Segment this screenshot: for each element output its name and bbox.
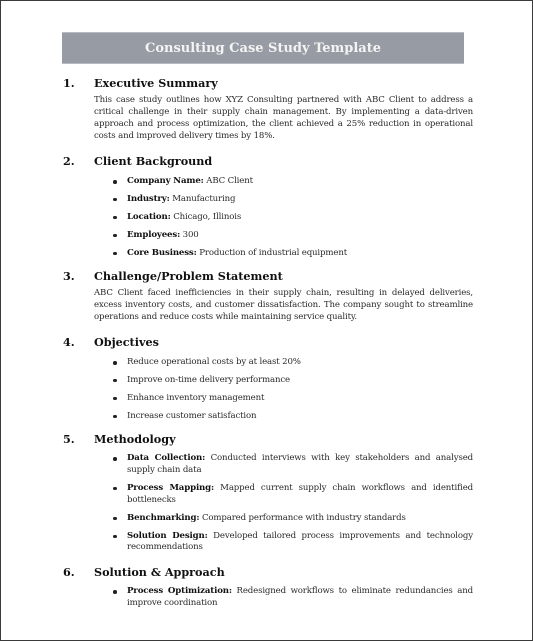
section-title: Client Background — [94, 154, 212, 168]
bullet-list: Company Name: ABC Client Industry: Manuf… — [63, 176, 473, 260]
section-number: 5. — [63, 432, 94, 446]
section-number: 6. — [63, 565, 94, 579]
item-text: Improve on-time delivery performance — [127, 375, 290, 385]
list-item: Process Mapping: Mapped current supply c… — [127, 483, 473, 507]
item-text: 300 — [180, 230, 199, 240]
section-title: Objectives — [94, 335, 159, 349]
list-item: Improve on-time delivery performance — [127, 375, 473, 387]
section-paragraph: ABC Client faced inefficiencies in their… — [94, 288, 473, 324]
bullet-icon — [113, 397, 117, 401]
bullet-icon — [113, 361, 117, 365]
bullet-icon — [113, 487, 117, 491]
section-number: 1. — [63, 76, 94, 90]
list-item: Reduce operational costs by at least 20% — [127, 357, 473, 369]
list-item: Industry: Manufacturing — [127, 194, 473, 206]
item-text: Enhance inventory management — [127, 393, 264, 403]
bullet-list: Process Optimization: Redesigned workflo… — [63, 586, 473, 610]
bullet-icon — [113, 535, 117, 539]
list-item: Increase customer satisfaction — [127, 411, 473, 423]
item-label: Process Optimization: — [127, 586, 232, 596]
section-executive-summary: 1. Executive Summary This case study out… — [63, 76, 473, 143]
item-label: Solution Design: — [127, 531, 208, 541]
section-number: 4. — [63, 335, 94, 349]
section-client-background: 2. Client Background Company Name: ABC C… — [63, 154, 473, 266]
list-item: Core Business: Production of industrial … — [127, 248, 473, 260]
item-text: ABC Client — [204, 176, 253, 186]
title-banner: Consulting Case Study Template — [62, 32, 464, 64]
list-item: Benchmarking: Compared performance with … — [127, 513, 473, 525]
section-heading: 3. Challenge/Problem Statement — [63, 269, 473, 285]
document-page: Consulting Case Study Template 1. Execut… — [0, 0, 533, 641]
bullet-list: Reduce operational costs by at least 20%… — [63, 357, 473, 423]
document-title: Consulting Case Study Template — [145, 41, 381, 56]
section-methodology: 5. Methodology Data Collection: Conducte… — [63, 432, 473, 560]
item-label: Benchmarking: — [127, 513, 199, 523]
section-number: 2. — [63, 154, 94, 168]
item-label: Core Business: — [127, 248, 197, 258]
list-item: Solution Design: Developed tailored proc… — [127, 531, 473, 555]
list-item: Location: Chicago, Illinois — [127, 212, 473, 224]
item-label: Employees: — [127, 230, 180, 240]
section-heading: 1. Executive Summary — [63, 76, 473, 92]
item-label: Company Name: — [127, 176, 204, 186]
list-item: Company Name: ABC Client — [127, 176, 473, 188]
bullet-icon — [113, 457, 117, 461]
bullet-icon — [113, 415, 117, 419]
item-text: Increase customer satisfaction — [127, 411, 256, 421]
section-challenge: 3. Challenge/Problem Statement ABC Clien… — [63, 269, 473, 324]
list-item: Enhance inventory management — [127, 393, 473, 405]
section-objectives: 4. Objectives Reduce operational costs b… — [63, 335, 473, 429]
item-label: Industry: — [127, 194, 170, 204]
bullet-icon — [113, 198, 117, 202]
item-label: Process Mapping: — [127, 483, 214, 493]
section-heading: 2. Client Background — [63, 154, 473, 170]
section-paragraph: This case study outlines how XYZ Consult… — [94, 95, 473, 143]
section-solution-approach: 6. Solution & Approach Process Optimizat… — [63, 565, 473, 616]
item-text: Reduce operational costs by at least 20% — [127, 357, 301, 367]
item-label: Location: — [127, 212, 171, 222]
section-heading: 5. Methodology — [63, 432, 473, 448]
section-heading: 4. Objectives — [63, 335, 473, 351]
bullet-icon — [113, 379, 117, 383]
item-text: Production of industrial equipment — [197, 248, 347, 258]
section-heading: 6. Solution & Approach — [63, 565, 473, 581]
section-title: Solution & Approach — [94, 565, 225, 579]
section-title: Methodology — [94, 432, 176, 446]
bullet-icon — [113, 234, 117, 238]
item-label: Data Collection: — [127, 453, 205, 463]
item-text: Manufacturing — [170, 194, 236, 204]
list-item: Process Optimization: Redesigned workflo… — [127, 586, 473, 610]
bullet-icon — [113, 252, 117, 256]
section-title: Challenge/Problem Statement — [94, 269, 283, 283]
item-text: Chicago, Illinois — [171, 212, 241, 222]
section-title: Executive Summary — [94, 76, 218, 90]
list-item: Employees: 300 — [127, 230, 473, 242]
bullet-icon — [113, 180, 117, 184]
bullet-icon — [113, 216, 117, 220]
item-text: Compared performance with industry stand… — [199, 513, 405, 523]
bullet-icon — [113, 590, 117, 594]
bullet-icon — [113, 517, 117, 521]
section-number: 3. — [63, 269, 94, 283]
bullet-list: Data Collection: Conducted interviews wi… — [63, 453, 473, 554]
list-item: Data Collection: Conducted interviews wi… — [127, 453, 473, 477]
